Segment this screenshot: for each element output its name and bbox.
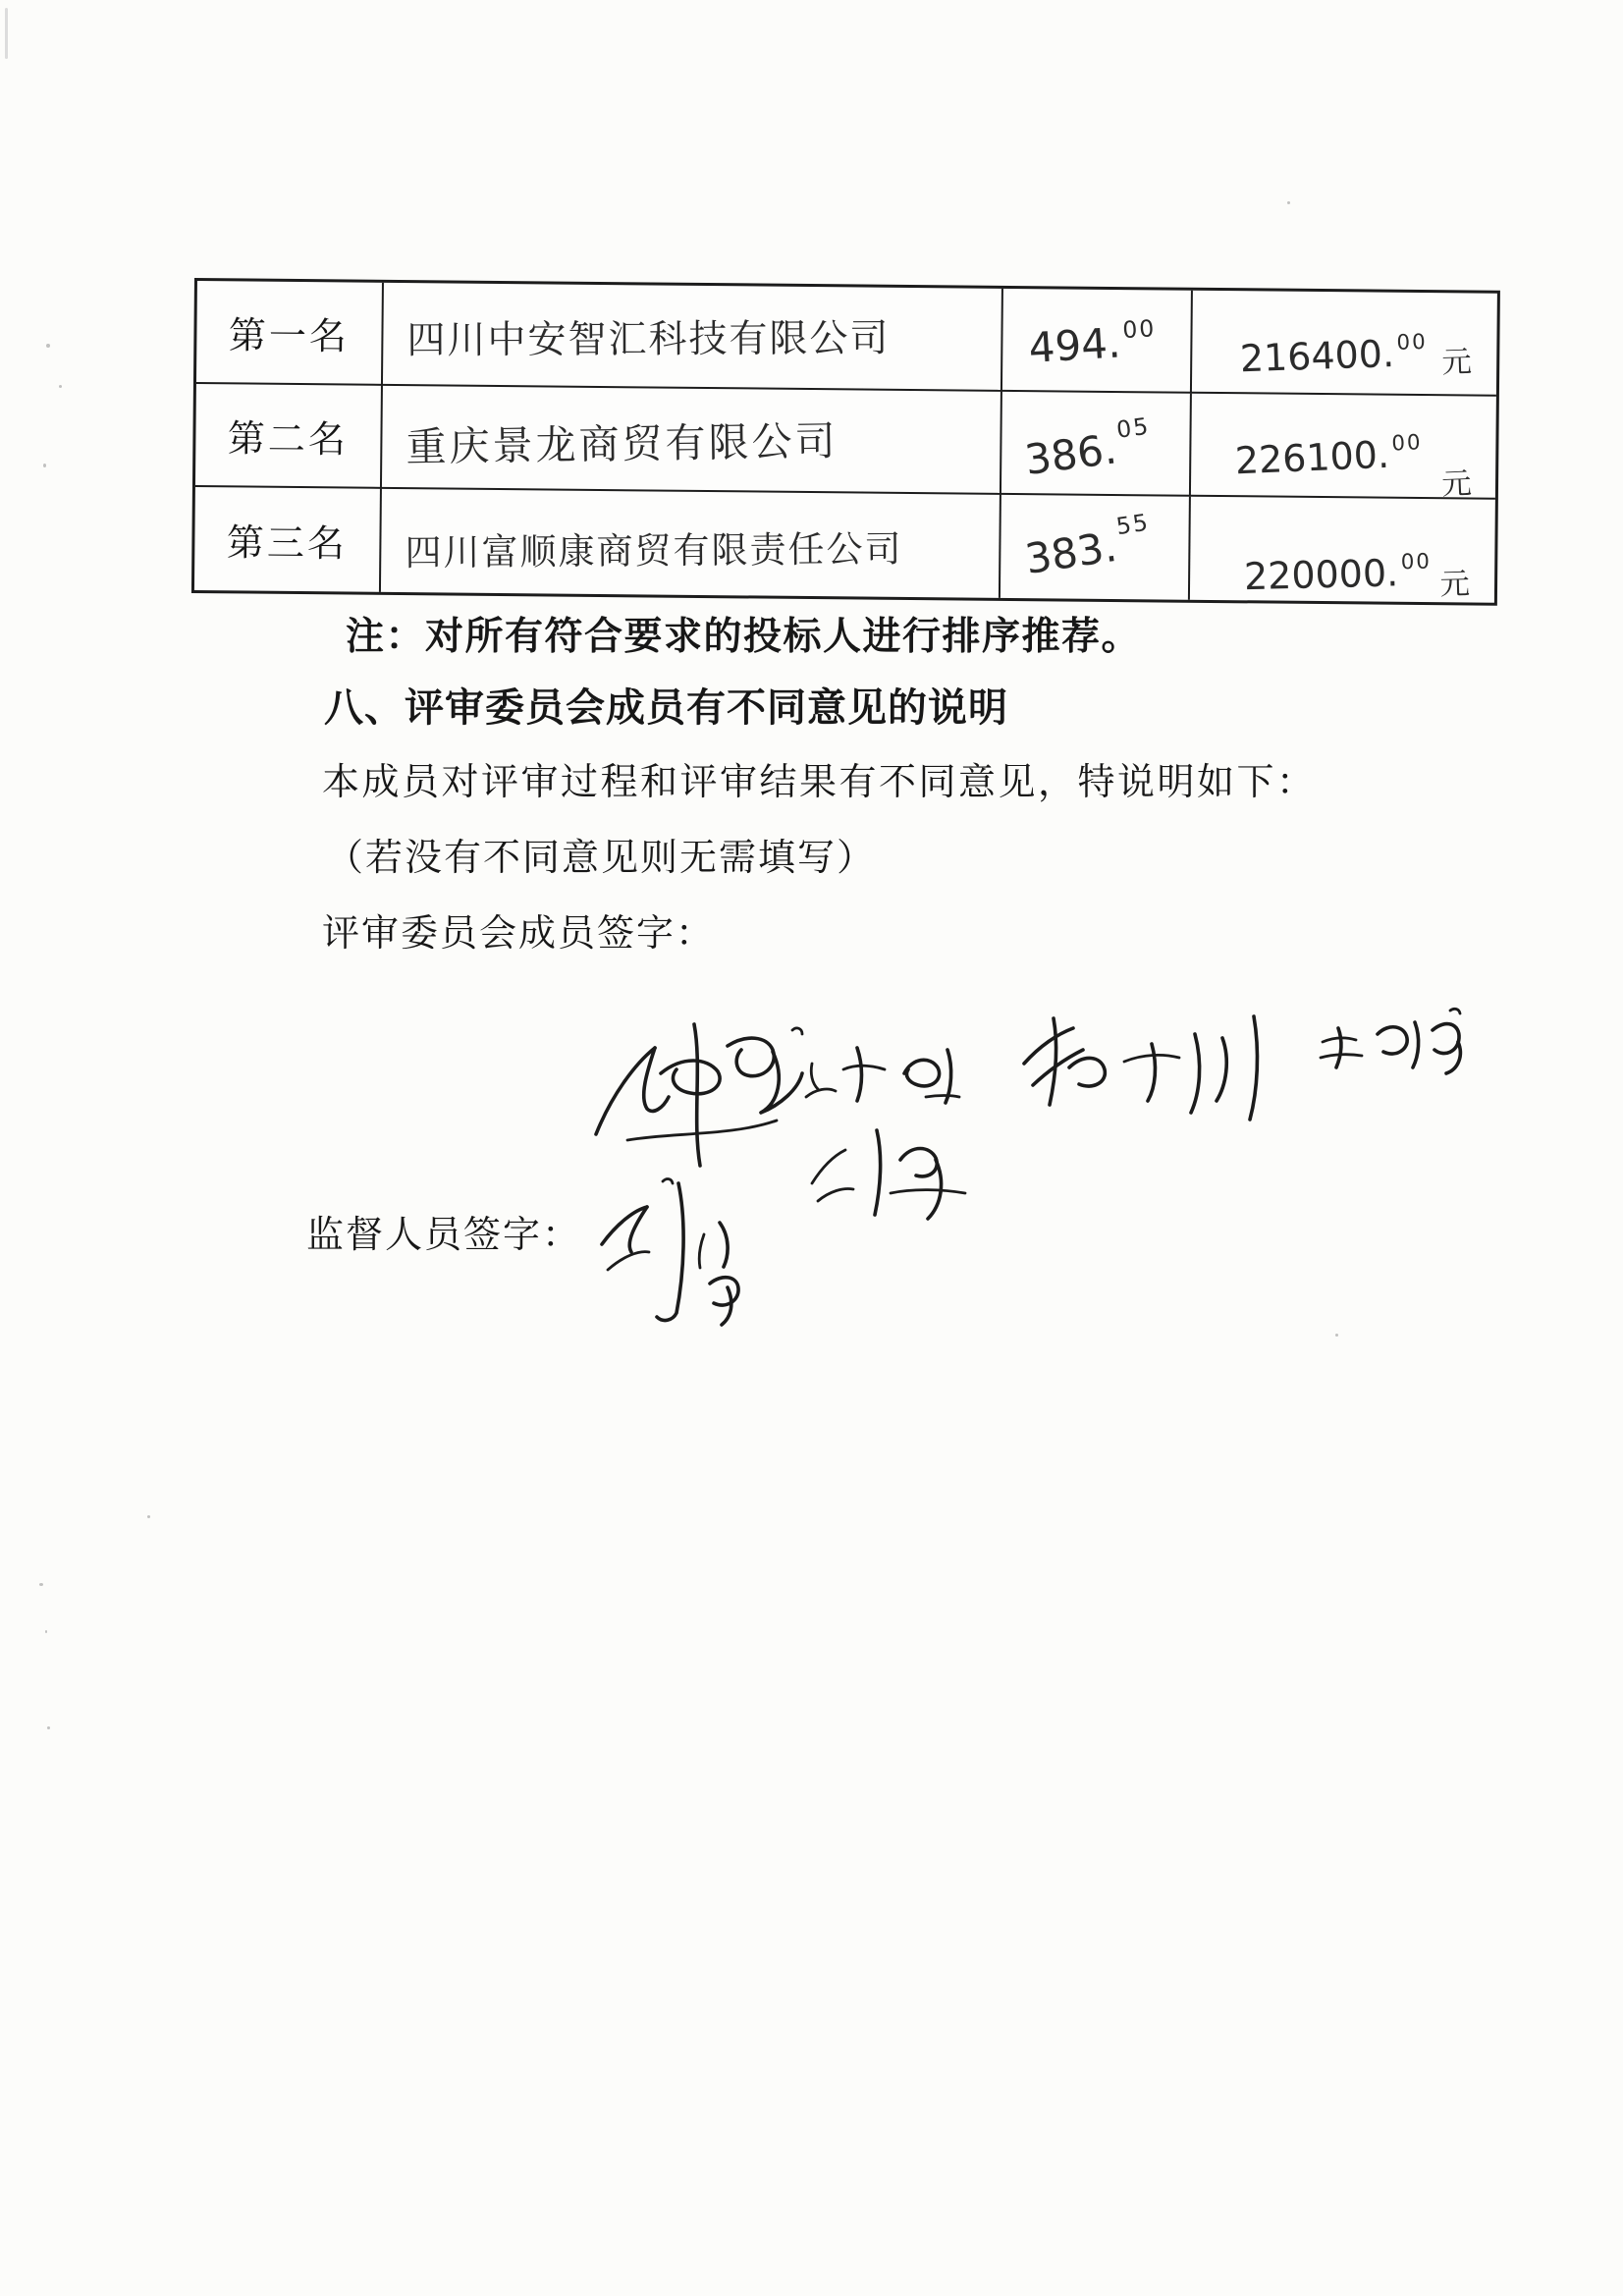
handwritten-company-name: 四川中安智汇科技有限公司: [406, 307, 890, 364]
amount-cell: 216400.00元: [1192, 291, 1497, 397]
scan-speck: [47, 1726, 50, 1729]
score-decimals-superscript: 05: [1115, 412, 1152, 444]
body-line: 本成员对评审过程和评审结果有不同意见，特说明如下：: [322, 751, 1317, 805]
supervisor-sign-label: 监督人员签字：: [306, 1204, 581, 1258]
score-cell: 494.00: [1002, 289, 1193, 394]
handwritten-amount: 220000.00元: [1244, 549, 1471, 598]
signature-committee-1: [596, 1024, 802, 1166]
rank-label: 第二名: [228, 408, 350, 463]
handwritten-amount: 226100.00元: [1234, 429, 1471, 482]
handwritten-company-name: 四川富顺康商贸有限责任公司: [405, 519, 902, 575]
amount-cell: 220000.00元: [1190, 497, 1495, 603]
score-cell: 383.55: [1001, 495, 1191, 600]
currency-label: 元: [1441, 459, 1473, 503]
table-row: 第二名 重庆景龙商贸有限公司 386.05 226100.00元: [195, 384, 1496, 500]
scan-speck: [46, 344, 50, 348]
company-cell: 四川中安智汇科技有限公司: [383, 283, 1003, 392]
section-heading: 八、评审委员会成员有不同意见的说明: [324, 677, 1008, 733]
signature-supervisor: [602, 1179, 738, 1325]
score-decimals-superscript: 55: [1114, 509, 1152, 541]
rank-label: 第一名: [229, 304, 351, 359]
signatures-layer: [545, 987, 1502, 1336]
body-line: （若没有不同意见则无需填写）: [326, 827, 876, 881]
handwritten-score: 386.05: [1022, 420, 1156, 485]
score-decimals-superscript: 00: [1122, 314, 1158, 344]
amount-integer: 220000.: [1244, 551, 1399, 598]
signature-committee-5-second-row: [812, 1130, 965, 1219]
scan-edge-artifact: [5, 8, 8, 59]
signature-committee-3: [1024, 1016, 1257, 1120]
amount-decimals-superscript: 00: [1391, 430, 1423, 456]
signature-committee-4: [1321, 1009, 1460, 1073]
table-row: 第一名 四川中安智汇科技有限公司 494.00 216400.00元: [196, 281, 1497, 397]
amount-cell: 226100.00元: [1191, 394, 1496, 500]
handwritten-score: 383.55: [1022, 517, 1156, 583]
rank-cell: 第二名: [195, 384, 383, 489]
committee-sign-label: 评审委员会成员签字：: [322, 902, 715, 957]
rank-cell: 第三名: [194, 487, 382, 592]
scan-speck: [1287, 201, 1290, 204]
company-cell: 四川富顺康商贸有限责任公司: [381, 489, 1001, 598]
score-integer: 383.: [1022, 522, 1120, 583]
handwritten-amount: 216400.00元: [1240, 329, 1473, 380]
scan-speck: [59, 385, 62, 388]
amount-decimals-superscript: 00: [1397, 329, 1429, 355]
scan-speck: [45, 1630, 47, 1633]
rank-label: 第三名: [227, 512, 349, 567]
table-row: 第三名 四川富顺康商贸有限责任公司 383.55 220000.00元: [194, 487, 1495, 603]
score-integer: 386.: [1022, 424, 1119, 484]
ranking-table: 第一名 四川中安智汇科技有限公司 494.00 216400.00元 第二名 重…: [191, 278, 1500, 606]
handwritten-company-name: 重庆景龙商贸有限公司: [406, 409, 839, 473]
score-integer: 494.: [1028, 318, 1122, 372]
company-cell: 重庆景龙商贸有限公司: [382, 386, 1002, 495]
scan-speck: [147, 1515, 150, 1518]
amount-decimals-superscript: 00: [1401, 549, 1433, 574]
handwritten-score: 494.00: [1028, 316, 1159, 372]
note-line: 注：对所有符合要求的投标人进行排序推荐。: [346, 606, 1141, 661]
rank-cell: 第一名: [196, 281, 384, 386]
scan-speck: [39, 1583, 43, 1586]
score-cell: 386.05: [1001, 392, 1192, 497]
amount-integer: 226100.: [1234, 432, 1390, 482]
scan-speck: [43, 464, 46, 467]
document-page: 第一名 四川中安智汇科技有限公司 494.00 216400.00元 第二名 重…: [0, 0, 1623, 2296]
currency-label: 元: [1439, 559, 1471, 603]
currency-label: 元: [1441, 337, 1473, 381]
amount-integer: 216400.: [1240, 332, 1396, 380]
signature-committee-2: [806, 1048, 959, 1103]
